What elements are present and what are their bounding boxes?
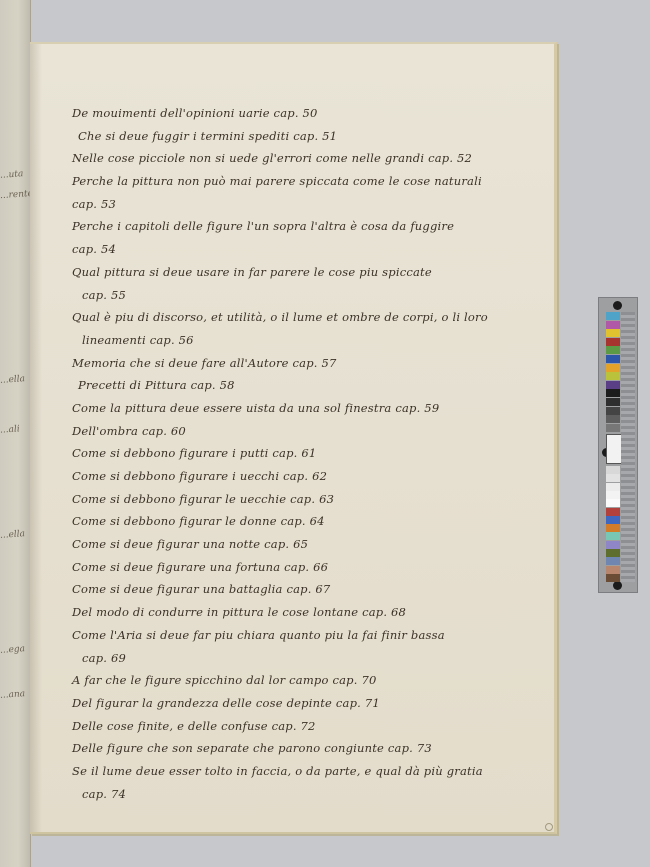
color-patch	[606, 574, 620, 582]
toc-line: Come si deue figurare una fortuna cap. 6…	[72, 556, 522, 579]
color-patch	[606, 532, 620, 540]
color-patch	[606, 312, 620, 320]
color-patch	[606, 466, 620, 474]
color-patch	[606, 329, 620, 337]
toc-line: cap. 69	[72, 647, 522, 670]
color-patch	[606, 541, 620, 549]
color-patch	[606, 508, 620, 516]
toc-line: Come l'Aria si deue far piu chiara quant…	[72, 624, 522, 647]
color-patch	[606, 557, 620, 565]
toc-line: Del modo di condurre in pittura le cose …	[72, 601, 522, 624]
toc-line: A far che le figure spicchino dal lor ca…	[72, 669, 522, 692]
color-patch	[606, 415, 620, 423]
toc-line: Delle cose finite, e delle confuse cap. …	[72, 715, 522, 738]
toc-line: Del figurar la grandezza delle cose depi…	[72, 692, 522, 715]
manuscript-page: De mouimenti dell'opinioni uarie cap. 50…	[30, 42, 557, 834]
facing-page-edge: ...uta ...rente ...ella ...ali ...ella .…	[0, 0, 31, 867]
facing-page-fragment: ...rente	[0, 189, 33, 201]
toc-line: Memoria che si deue fare all'Autore cap.…	[72, 352, 522, 375]
table-of-contents: De mouimenti dell'opinioni uarie cap. 50…	[72, 102, 522, 805]
toc-line: Come si deue figurar una notte cap. 65	[72, 533, 522, 556]
color-patch	[606, 491, 620, 499]
color-patch	[606, 389, 620, 397]
color-patch	[606, 381, 620, 389]
facing-page-fragment: ...ali	[0, 424, 20, 435]
color-patch	[606, 346, 620, 354]
toc-line: Nelle cose picciole non si uede gl'error…	[72, 147, 522, 170]
facing-page-fragment: ...ega	[0, 644, 25, 656]
toc-line: Come la pittura deue essere uista da una…	[72, 397, 522, 420]
toc-line: Qual pittura si deue usare in far parere…	[72, 261, 522, 284]
color-patch	[606, 424, 620, 432]
toc-line: De mouimenti dell'opinioni uarie cap. 50	[72, 102, 522, 125]
color-patch	[606, 398, 620, 406]
toc-line: Come si deue figurar una battaglia cap. …	[72, 578, 522, 601]
facing-page-fragment: ...ella	[0, 529, 25, 541]
mount-hole-icon	[613, 301, 622, 310]
color-patch	[606, 321, 620, 329]
color-patch	[606, 524, 620, 532]
color-patch	[606, 355, 620, 363]
toc-line: Se il lume deue esser tolto in faccia, o…	[72, 760, 522, 783]
color-patch	[606, 483, 620, 491]
page-corner-mark	[545, 823, 553, 831]
gutter-shadow	[30, 44, 42, 832]
toc-line: Qual è piu di discorso, et utilità, o il…	[72, 306, 522, 329]
toc-line: Perche la pittura non può mai parere spi…	[72, 170, 522, 193]
facing-page-fragment: ...ana	[0, 689, 25, 701]
color-patch	[606, 474, 620, 482]
toc-line: Delle figure che son separate che parono…	[72, 737, 522, 760]
color-patch	[606, 364, 620, 372]
toc-line: lineamenti cap. 56	[72, 329, 522, 352]
toc-line: cap. 53	[72, 193, 522, 216]
color-patch	[606, 407, 620, 415]
color-patch	[606, 372, 620, 380]
facing-page-fragment: ...uta	[0, 169, 24, 181]
toc-line: Come si debbono figurar le uecchie cap. …	[72, 488, 522, 511]
facing-page-fragment: ...ella	[0, 374, 25, 386]
toc-line: cap. 55	[72, 284, 522, 307]
color-patch	[606, 566, 620, 574]
color-patch	[606, 338, 620, 346]
color-patch	[606, 516, 620, 524]
toc-line: Come si debbono figurare i uecchi cap. 6…	[72, 465, 522, 488]
toc-line: cap. 54	[72, 238, 522, 261]
color-patch	[606, 549, 620, 557]
toc-line: Come si debbono figurare i putti cap. 61	[72, 442, 522, 465]
toc-line: Perche i capitoli delle figure l'un sopr…	[72, 215, 522, 238]
gray-scale-ruler	[621, 312, 635, 582]
toc-line: cap. 74	[72, 783, 522, 806]
toc-line: Che si deue fuggir i termini spediti cap…	[72, 125, 522, 148]
toc-line: Precetti di Pittura cap. 58	[72, 374, 522, 397]
color-calibration-strip	[598, 297, 638, 593]
toc-line: Come si debbono figurar le donne cap. 64	[72, 510, 522, 533]
mount-hole-icon	[613, 581, 622, 590]
toc-line: Dell'ombra cap. 60	[72, 420, 522, 443]
color-patch	[606, 499, 620, 507]
